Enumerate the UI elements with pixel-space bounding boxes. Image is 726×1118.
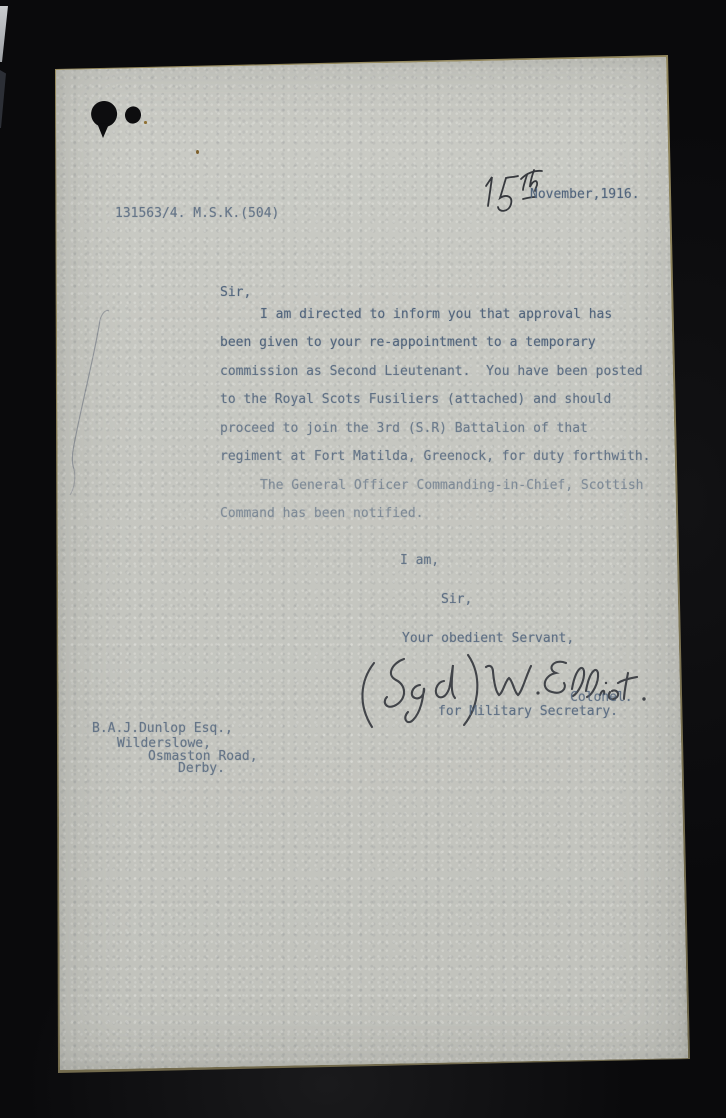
paper-speck — [196, 150, 199, 154]
letter-page: 131563/4. M.S.K.(504) 15th November,1916… — [56, 57, 688, 1070]
reference-number: 131563/4. M.S.K.(504) — [115, 206, 279, 221]
salutation: Sir, — [220, 285, 251, 300]
recipient-address-line: Derby. — [178, 761, 225, 776]
body-line: The General Officer Commanding-in-Chief,… — [260, 478, 644, 493]
paper-speck — [144, 121, 147, 124]
signature-capacity: for Military Secretary. — [438, 704, 618, 719]
closing-sir: Sir, — [441, 592, 472, 607]
letter-date: November,1916. — [530, 187, 640, 202]
body-line: I am directed to inform you that approva… — [260, 307, 612, 322]
background-shadow-edge — [0, 70, 7, 128]
closing-i-am: I am, — [400, 553, 439, 568]
body-line: commission as Second Lieutenant. You hav… — [220, 364, 643, 379]
signature-rank: Colonel. — [570, 690, 633, 705]
body-line: Command has been notified. — [220, 506, 424, 521]
photo-backdrop: 131563/4. M.S.K.(504) 15th November,1916… — [0, 0, 726, 1118]
body-line: regiment at Fort Matilda, Greenock, for … — [220, 449, 650, 464]
background-paper-edge — [0, 6, 9, 62]
valediction: Your obedient Servant, — [402, 631, 574, 646]
recipient-address-line: B.A.J.Dunlop Esq., — [92, 721, 233, 736]
scratch-mark — [64, 307, 134, 537]
ink-blot — [84, 97, 164, 159]
body-line: to the Royal Scots Fusiliers (attached) … — [220, 392, 611, 407]
body-line: been given to your re-appointment to a t… — [220, 335, 596, 350]
body-line: proceed to join the 3rd (S.R) Battalion … — [220, 421, 588, 436]
